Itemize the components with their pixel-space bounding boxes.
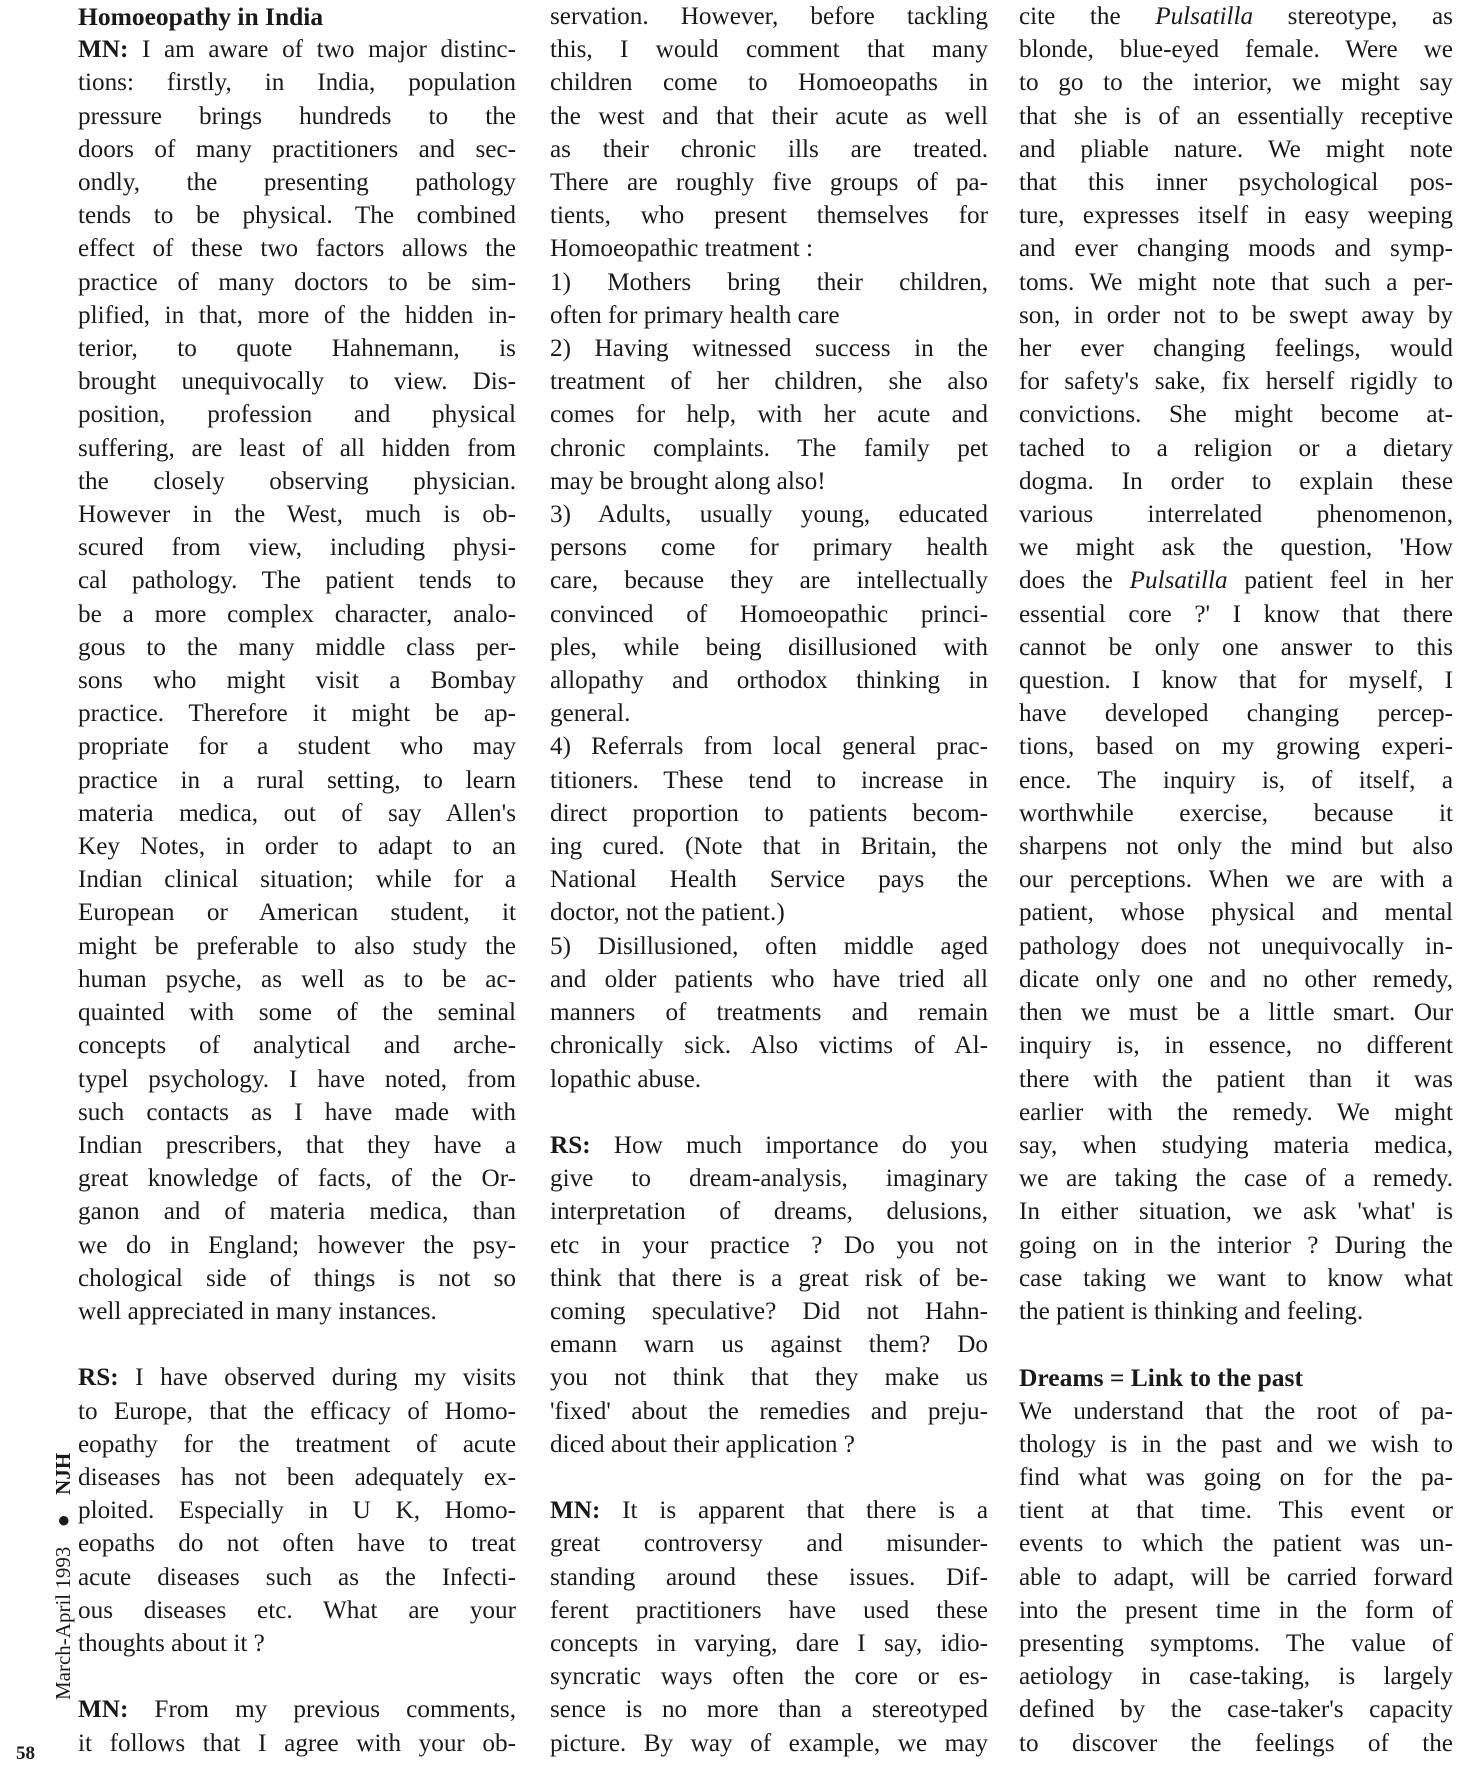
text-line: chological side of things is not so — [78, 1262, 516, 1295]
text-line: ing cured. (Note that in Britain, the — [550, 830, 988, 863]
page-footer: March-April 1993 ● NJH — [14, 1290, 54, 1760]
text-line: and pliable nature. We might note — [1019, 133, 1453, 166]
paragraph-mn-2: MN: From my previous comments,it follows… — [78, 1693, 516, 1759]
bullet-icon: ● — [50, 1514, 76, 1527]
text-line: give to dream-analysis, imaginary — [550, 1162, 988, 1195]
text-line: ploited. Especially in U K, Homo- — [78, 1494, 516, 1527]
text-line: our perceptions. When we are with a — [1019, 863, 1453, 896]
text-line: 5) Disillusioned, often middle aged — [550, 930, 988, 963]
text-line: concepts in varying, dare I say, idio- — [550, 1627, 988, 1660]
journal-page: March-April 1993 ● NJH 58 Homoeopathy in… — [0, 0, 1463, 1773]
list-item: 2) Having witnessed success in thetreatm… — [550, 332, 988, 498]
text-line: RS: I have observed during my visits — [78, 1361, 516, 1394]
column-3: cite the Pulsatilla stereotype, as blond… — [1019, 0, 1453, 1760]
text-line: However in the West, much is ob- — [78, 498, 516, 531]
text-line: Indian prescribers, that they have a — [78, 1129, 516, 1162]
text-line: persons come for primary health — [550, 531, 988, 564]
text-line: children come to Homoeopaths in — [550, 66, 988, 99]
text-line: human psyche, as well as to be ac- — [78, 963, 516, 996]
text-line: as their chronic ills are treated. — [550, 133, 988, 166]
text-line: pathology does not unequivocally in- — [1019, 930, 1453, 963]
text-line: eopathy for the treatment of acute — [78, 1428, 516, 1461]
text-line: various interrelated phenomenon, — [1019, 498, 1453, 531]
text-line: then we must be a little smart. Our — [1019, 996, 1453, 1029]
text-line: MN: From my previous comments, — [78, 1693, 516, 1726]
speaker-label: RS: — [550, 1132, 591, 1159]
text-line: cite the Pulsatilla stereotype, as — [1019, 0, 1453, 33]
text-line: tached to a religion or a dietary — [1019, 432, 1453, 465]
speaker-label: RS: — [78, 1364, 119, 1391]
text-line: 'fixed' about the remedies and preju- — [550, 1395, 988, 1428]
text-line: case taking we want to know what — [1019, 1262, 1453, 1295]
speaker-label: MN: — [550, 1497, 600, 1524]
text-line: events to which the patient was un- — [1019, 1527, 1453, 1560]
text-line: that she is of an essentially receptive — [1019, 100, 1453, 133]
text-line: worthwhile exercise, because it — [1019, 797, 1453, 830]
text-line: tends to be physical. The combined — [78, 199, 516, 232]
text-line: might be preferable to also study the — [78, 930, 516, 963]
text-line: We understand that the root of pa- — [1019, 1395, 1453, 1428]
text-line: effect of these two factors allows the — [78, 232, 516, 265]
text-line: 2) Having witnessed success in the — [550, 332, 988, 365]
text-line: does the Pulsatilla patient feel in her — [1019, 564, 1453, 597]
text-line: question. I know that for myself, I — [1019, 664, 1453, 697]
speaker-label: MN: — [78, 1696, 128, 1723]
text-line: In either situation, we ask 'what' is — [1019, 1195, 1453, 1228]
text-line: practice of many doctors to be sim- — [78, 266, 516, 299]
text-line: able to adapt, will be carried forward — [1019, 1561, 1453, 1594]
speaker-label: MN: — [78, 36, 128, 63]
text-line: convictions. She might become at- — [1019, 398, 1453, 431]
text-line: dicate only one and no other remedy, — [1019, 963, 1453, 996]
text-line: toms. We might note that such a per- — [1019, 266, 1453, 299]
text-line: eopaths do not often have to treat — [78, 1527, 516, 1560]
list-item: 4) Referrals from local general prac-tit… — [550, 730, 988, 929]
text-line: the west and that their acute as well — [550, 100, 988, 133]
text-line: scured from view, including physi- — [78, 531, 516, 564]
text-line: doctor, not the patient.) — [550, 896, 988, 929]
text-line: ture, expresses itself in easy weeping — [1019, 199, 1453, 232]
text-line: well appreciated in many instances. — [78, 1295, 516, 1328]
text-line: MN: I am aware of two major distinc- — [78, 33, 516, 66]
text-line: ence. The inquiry is, of itself, a — [1019, 764, 1453, 797]
text-line: diseases has not been adequately ex- — [78, 1461, 516, 1494]
text-line: to go to the interior, we might say — [1019, 66, 1453, 99]
text-line: comes for help, with her acute and — [550, 398, 988, 431]
text-line: we are taking the case of a remedy. — [1019, 1162, 1453, 1195]
text-line: practice in a rural setting, to learn — [78, 764, 516, 797]
text-line: titioners. These tend to increase in — [550, 764, 988, 797]
text-line: plified, in that, more of the hidden in- — [78, 299, 516, 332]
text-line: 3) Adults, usually young, educated — [550, 498, 988, 531]
paragraph-dreams: We understand that the root of pa-tholog… — [1019, 1395, 1453, 1760]
text-line: direct proportion to patients becom- — [550, 797, 988, 830]
text-line: etc in your practice ? Do you not — [550, 1229, 988, 1262]
list-item: 5) Disillusioned, often middle agedand o… — [550, 930, 988, 1096]
text-line: picture. By way of example, we may — [550, 1727, 988, 1760]
text-line: going on in the interior ? During the — [1019, 1229, 1453, 1262]
text-line: lopathic abuse. — [550, 1063, 988, 1096]
paragraph-rs-1: RS: I have observed during my visitsto E… — [78, 1361, 516, 1660]
text-line: Homoeopathic treatment : — [550, 232, 988, 265]
text-line: brought unequivocally to view. Dis- — [78, 365, 516, 398]
text-line: standing around these issues. Dif- — [550, 1561, 988, 1594]
text-line: acute diseases such as the Infecti- — [78, 1561, 516, 1594]
text-line: National Health Service pays the — [550, 863, 988, 896]
text-line: ondly, the presenting pathology — [78, 166, 516, 199]
text-line: to Europe, that the efficacy of Homo- — [78, 1395, 516, 1428]
text-line: ous diseases etc. What are your — [78, 1594, 516, 1627]
text-line: propriate for a student who may — [78, 730, 516, 763]
text-line: it follows that I agree with your ob- — [78, 1727, 516, 1760]
text-line: presenting symptoms. The value of — [1019, 1627, 1453, 1660]
text-line: you not think that they make us — [550, 1361, 988, 1394]
text-line: find what was going on for the pa- — [1019, 1461, 1453, 1494]
text-line: servation. However, before tackling — [550, 0, 988, 33]
text-line: tions, based on my growing experi- — [1019, 730, 1453, 763]
text-line: think that there is a great risk of be- — [550, 1262, 988, 1295]
section-heading: Homoeopathy in India — [78, 0, 516, 33]
page-number: 58 — [16, 1743, 35, 1765]
text-line: cal pathology. The patient tends to — [78, 564, 516, 597]
text-line: convinced of Homoeopathic princi- — [550, 598, 988, 631]
text-line: cannot be only one answer to this — [1019, 631, 1453, 664]
text-line: MN: It is apparent that there is a — [550, 1494, 988, 1527]
text-line: great knowledge of facts, of the Or- — [78, 1162, 516, 1195]
text-line: aetiology in case-taking, is largely — [1019, 1660, 1453, 1693]
text-line: 1) Mothers bring their children, — [550, 266, 988, 299]
patient-groups-list: 1) Mothers bring their children,often fo… — [550, 266, 988, 1096]
text-line: essential core ?' I know that there — [1019, 598, 1453, 631]
text-line: into the present time in the form of — [1019, 1594, 1453, 1627]
text-line: ferent practitioners have used these — [550, 1594, 988, 1627]
text-line: there with the patient than it was — [1019, 1063, 1453, 1096]
text-line: suffering, are least of all hidden from — [78, 432, 516, 465]
text-line: earlier with the remedy. We might — [1019, 1096, 1453, 1129]
text-line: son, in order not to be swept away by — [1019, 299, 1453, 332]
text-line: European or American student, it — [78, 896, 516, 929]
text-line: chronic complaints. The family pet — [550, 432, 988, 465]
text-line: practice. Therefore it might be ap- — [78, 697, 516, 730]
text-line: gous to the many middle class per- — [78, 631, 516, 664]
text-line: general. — [550, 697, 988, 730]
text-line: diced about their application ? — [550, 1428, 988, 1461]
paragraph-rs-2: RS: How much importance do yougive to dr… — [550, 1129, 988, 1461]
text-line: Indian clinical situation; while for a — [78, 863, 516, 896]
text-line: to discover the feelings of the — [1019, 1727, 1453, 1760]
text-line: the patient is thinking and feeling. — [1019, 1295, 1453, 1328]
text-line: thoughts about it ? — [78, 1627, 516, 1660]
section-heading-dreams: Dreams = Link to the past — [1019, 1361, 1453, 1394]
text-line: emann warn us against them? Do — [550, 1328, 988, 1361]
column-2: servation. However, before tacklingthis,… — [550, 0, 988, 1760]
text-line: defined by the case-taker's capacity — [1019, 1693, 1453, 1726]
text-line: position, profession and physical — [78, 398, 516, 431]
text-line: may be brought along also! — [550, 465, 988, 498]
text-line: ganon and of materia medica, than — [78, 1195, 516, 1228]
column-1: Homoeopathy in India MN: I am aware of t… — [78, 0, 516, 1760]
text-line: treatment of her children, she also — [550, 365, 988, 398]
text-line: sons who might visit a Bombay — [78, 664, 516, 697]
text-line: inquiry is, in essence, no different — [1019, 1029, 1453, 1062]
text-line: care, because they are intellectually — [550, 564, 988, 597]
footer-text: March-April 1993 ● NJH — [50, 1453, 76, 1700]
text-line: Key Notes, in order to adapt to an — [78, 830, 516, 863]
paragraph-continued: servation. However, before tacklingthis,… — [550, 0, 988, 266]
list-item: 3) Adults, usually young, educatedperson… — [550, 498, 988, 730]
text-line: syncratic ways often the core or es- — [550, 1660, 988, 1693]
text-line: have developed changing percep- — [1019, 697, 1453, 730]
text-line: pressure brings hundreds to the — [78, 100, 516, 133]
text-line: and ever changing moods and symp- — [1019, 232, 1453, 265]
text-line: thology is in the past and we wish to — [1019, 1428, 1453, 1461]
text-line: the closely observing physician. — [78, 465, 516, 498]
text-line: say, when studying materia medica, — [1019, 1129, 1453, 1162]
text-line: quainted with some of the seminal — [78, 996, 516, 1029]
text-line: manners of treatments and remain — [550, 996, 988, 1029]
text-line: be a more complex character, analo- — [78, 598, 516, 631]
text-line: such contacts as I have made with — [78, 1096, 516, 1129]
text-line: materia medica, out of say Allen's — [78, 797, 516, 830]
text-line: tions: firstly, in India, population — [78, 66, 516, 99]
paragraph-pulsatilla: cite the Pulsatilla stereotype, as blond… — [1019, 0, 1453, 1328]
paragraph-mn-1: MN: I am aware of two major distinc-tion… — [78, 33, 516, 1328]
text-line: great controversy and misunder- — [550, 1527, 988, 1560]
text-line: for safety's sake, fix herself rigidly t… — [1019, 365, 1453, 398]
text-line: often for primary health care — [550, 299, 988, 332]
text-line: we might ask the question, 'How — [1019, 531, 1453, 564]
text-line: and older patients who have tried all — [550, 963, 988, 996]
text-line: concepts of analytical and arche- — [78, 1029, 516, 1062]
text-line: interpretation of dreams, delusions, — [550, 1195, 988, 1228]
text-line: sence is no more than a stereotyped — [550, 1693, 988, 1726]
text-line: dogma. In order to explain these — [1019, 465, 1453, 498]
paragraph-mn-3: MN: It is apparent that there is agreat … — [550, 1494, 988, 1760]
text-line: allopathy and orthodox thinking in — [550, 664, 988, 697]
text-line: sharpens not only the mind but also — [1019, 830, 1453, 863]
text-line: we do in England; however the psy- — [78, 1229, 516, 1262]
text-line: tient at that time. This event or — [1019, 1494, 1453, 1527]
text-line: tients, who present themselves for — [550, 199, 988, 232]
text-line: doors of many practitioners and sec- — [78, 133, 516, 166]
text-line: terior, to quote Hahnemann, is — [78, 332, 516, 365]
text-line: patient, whose physical and mental — [1019, 896, 1453, 929]
journal-name: NJH — [51, 1453, 75, 1495]
issue-date: March-April 1993 — [51, 1547, 75, 1700]
text-line: that this inner psychological pos- — [1019, 166, 1453, 199]
text-line: RS: How much importance do you — [550, 1129, 988, 1162]
text-line: chronically sick. Also victims of Al- — [550, 1029, 988, 1062]
list-item: 1) Mothers bring their children,often fo… — [550, 266, 988, 332]
text-line: her ever changing feelings, would — [1019, 332, 1453, 365]
text-line: There are roughly five groups of pa- — [550, 166, 988, 199]
text-line: blonde, blue-eyed female. Were we — [1019, 33, 1453, 66]
text-line: coming speculative? Did not Hahn- — [550, 1295, 988, 1328]
text-line: this, I would comment that many — [550, 33, 988, 66]
text-line: 4) Referrals from local general prac- — [550, 730, 988, 763]
text-line: typel psychology. I have noted, from — [78, 1063, 516, 1096]
text-line: ples, while being disillusioned with — [550, 631, 988, 664]
